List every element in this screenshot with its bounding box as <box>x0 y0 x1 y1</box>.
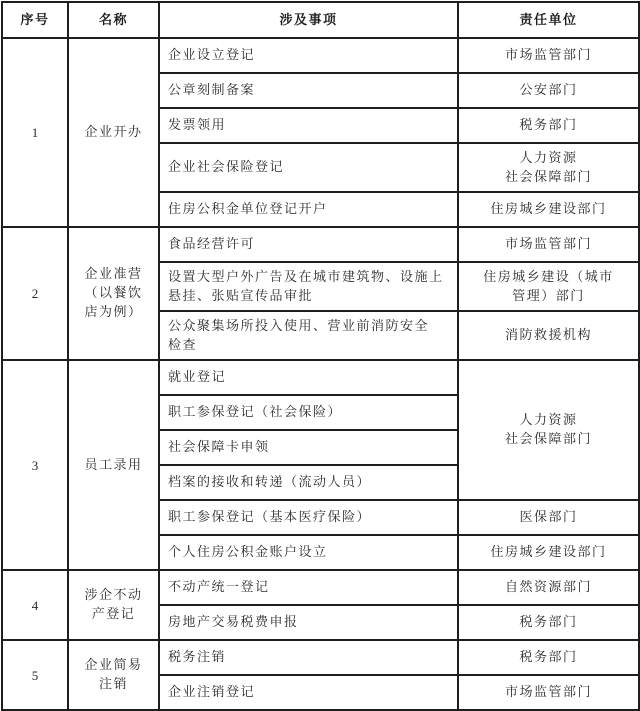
section-name-line: 员工录用 <box>73 456 154 475</box>
unit-cell: 住房城乡建设部门 <box>458 192 639 227</box>
unit-cell: 税务部门 <box>458 605 639 640</box>
section-name-line: 注销 <box>73 675 154 694</box>
responsibility-table: 序号 名称 涉及事项 责任单位 1 企业开办 企业设立登记 市场监管部门 公章刻… <box>1 1 640 711</box>
unit-cell-merged: 人力资源 社会保障部门 <box>458 360 639 500</box>
item-text: 公众聚集场所投入使用、营业前消防安全 <box>168 317 449 336</box>
section-index: 4 <box>2 570 68 640</box>
unit-text: 税务部门 <box>465 648 632 667</box>
section-name: 企业准营 （以餐饮 店为例） <box>68 227 159 360</box>
item-cell: 职工参保登记（社会保险） <box>159 395 458 430</box>
unit-text: 社会保障部门 <box>465 168 632 187</box>
item-cell: 食品经营许可 <box>159 227 458 262</box>
unit-text: 税务部门 <box>465 116 632 135</box>
table-row: 4 涉企不动 产登记 不动产统一登记 自然资源部门 <box>2 570 639 605</box>
unit-cell: 税务部门 <box>458 640 639 675</box>
section-name-line: （以餐饮 <box>73 284 154 303</box>
header-index: 序号 <box>2 2 68 38</box>
section-name-line: 产登记 <box>73 605 154 624</box>
section-name-line: 店为例） <box>73 303 154 322</box>
unit-text: 消防救援机构 <box>465 326 632 345</box>
item-cell: 公章刻制备案 <box>159 73 458 108</box>
table-row: 1 企业开办 企业设立登记 市场监管部门 <box>2 38 639 73</box>
header-item: 涉及事项 <box>159 2 458 38</box>
unit-cell: 市场监管部门 <box>458 38 639 73</box>
section-name-line: 企业开办 <box>73 123 154 142</box>
item-text: 企业社会保险登记 <box>168 158 449 177</box>
unit-text: 住房城乡建设部门 <box>465 543 632 562</box>
item-text: 食品经营许可 <box>168 235 449 254</box>
item-cell: 企业社会保险登记 <box>159 143 458 192</box>
item-text: 职工参保登记（基本医疗保险） <box>168 508 449 527</box>
table-row: 5 企业简易 注销 税务注销 税务部门 <box>2 640 639 675</box>
section-name: 员工录用 <box>68 360 159 570</box>
unit-text: 人力资源 <box>465 411 632 430</box>
unit-text: 住房城乡建设部门 <box>465 200 632 219</box>
section-index: 2 <box>2 227 68 360</box>
header-name: 名称 <box>68 2 159 38</box>
item-cell: 就业登记 <box>159 360 458 395</box>
item-cell: 职工参保登记（基本医疗保险） <box>159 500 458 535</box>
section-name: 企业开办 <box>68 38 159 227</box>
unit-cell: 住房城乡建设（城市 管理）部门 <box>458 262 639 311</box>
section-name: 涉企不动 产登记 <box>68 570 159 640</box>
unit-cell: 市场监管部门 <box>458 227 639 262</box>
item-text: 公章刻制备案 <box>168 81 449 100</box>
item-cell: 社会保障卡申领 <box>159 430 458 465</box>
section-index: 3 <box>2 360 68 570</box>
item-cell: 房地产交易税费申报 <box>159 605 458 640</box>
section-name-line: 企业简易 <box>73 656 154 675</box>
item-text: 职工参保登记（社会保险） <box>168 403 449 422</box>
unit-text: 公安部门 <box>465 81 632 100</box>
header-unit: 责任单位 <box>458 2 639 38</box>
unit-text: 人力资源 <box>465 149 632 168</box>
item-text: 企业注销登记 <box>168 683 449 702</box>
item-cell: 发票领用 <box>159 108 458 143</box>
item-cell: 企业设立登记 <box>159 38 458 73</box>
item-text: 设置大型户外广告及在城市建筑物、设施上 <box>168 268 449 287</box>
unit-cell: 医保部门 <box>458 500 639 535</box>
unit-text: 医保部门 <box>465 508 632 527</box>
item-text: 悬挂、张贴宣传品审批 <box>168 287 449 306</box>
item-text: 住房公积金单位登记开户 <box>168 200 449 219</box>
unit-text: 住房城乡建设（城市 <box>465 268 632 287</box>
item-text: 就业登记 <box>168 368 449 387</box>
unit-text: 管理）部门 <box>465 287 632 306</box>
item-cell: 住房公积金单位登记开户 <box>159 192 458 227</box>
unit-cell: 消防救援机构 <box>458 311 639 360</box>
unit-text: 自然资源部门 <box>465 578 632 597</box>
unit-cell: 人力资源 社会保障部门 <box>458 143 639 192</box>
section-index: 1 <box>2 38 68 227</box>
unit-cell: 市场监管部门 <box>458 675 639 710</box>
item-cell: 设置大型户外广告及在城市建筑物、设施上 悬挂、张贴宣传品审批 <box>159 262 458 311</box>
item-cell: 企业注销登记 <box>159 675 458 710</box>
item-text: 不动产统一登记 <box>168 578 449 597</box>
item-cell: 不动产统一登记 <box>159 570 458 605</box>
section-name-line: 企业准营 <box>73 265 154 284</box>
section-index: 5 <box>2 640 68 710</box>
unit-text: 社会保障部门 <box>465 430 632 449</box>
unit-text: 市场监管部门 <box>465 683 632 702</box>
unit-cell: 公安部门 <box>458 73 639 108</box>
table-row: 3 员工录用 就业登记 人力资源 社会保障部门 <box>2 360 639 395</box>
item-cell: 公众聚集场所投入使用、营业前消防安全 检查 <box>159 311 458 360</box>
unit-text: 税务部门 <box>465 613 632 632</box>
section-name: 企业简易 注销 <box>68 640 159 710</box>
item-text: 税务注销 <box>168 648 449 667</box>
unit-cell: 税务部门 <box>458 108 639 143</box>
section-name-line: 涉企不动 <box>73 586 154 605</box>
item-text: 企业设立登记 <box>168 46 449 65</box>
item-text: 社会保障卡申领 <box>168 438 449 457</box>
item-text: 房地产交易税费申报 <box>168 613 449 632</box>
unit-text: 市场监管部门 <box>465 46 632 65</box>
item-text: 档案的接收和转递（流动人员） <box>168 473 449 492</box>
item-cell: 个人住房公积金账户设立 <box>159 535 458 570</box>
unit-cell: 住房城乡建设部门 <box>458 535 639 570</box>
item-cell: 税务注销 <box>159 640 458 675</box>
item-cell: 档案的接收和转递（流动人员） <box>159 465 458 500</box>
unit-cell: 自然资源部门 <box>458 570 639 605</box>
header-row: 序号 名称 涉及事项 责任单位 <box>2 2 639 38</box>
item-text: 发票领用 <box>168 116 449 135</box>
item-text: 个人住房公积金账户设立 <box>168 543 449 562</box>
unit-text: 市场监管部门 <box>465 235 632 254</box>
table-row: 2 企业准营 （以餐饮 店为例） 食品经营许可 市场监管部门 <box>2 227 639 262</box>
item-text: 检查 <box>168 336 449 355</box>
